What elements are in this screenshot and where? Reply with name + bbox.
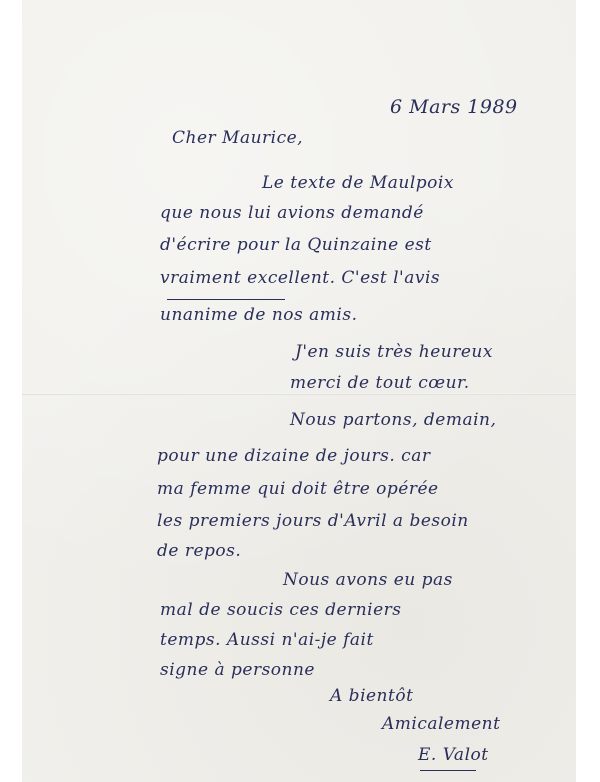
letter-line: mal de soucis ces derniers: [160, 600, 402, 620]
signature-underline: [420, 770, 476, 771]
letter-valediction: Amicalement: [382, 714, 500, 734]
letter-salutation: Cher Maurice,: [172, 128, 303, 148]
letter-line: pour une dizaine de jours. car: [157, 446, 430, 466]
letter-line: merci de tout cœur.: [290, 373, 470, 393]
paper-fold: [22, 393, 576, 395]
letter-date: 6 Mars 1989: [390, 96, 518, 118]
letter-line: de repos.: [157, 541, 241, 561]
letter-line: ma femme qui doit être opérée: [157, 479, 439, 499]
letter-line: temps. Aussi n'ai-je fait: [160, 630, 374, 650]
letter-signature: E. Valot: [418, 745, 489, 765]
letter-line: vraiment excellent. C'est l'avis: [160, 268, 440, 288]
underline-vraiment: [167, 299, 285, 300]
letter-line: J'en suis très heureux: [295, 342, 493, 362]
letter-line: les premiers jours d'Avril a besoin: [157, 511, 469, 531]
letter-line: que nous lui avions demandé: [160, 203, 424, 223]
letter-line: Nous avons eu pas: [283, 570, 453, 590]
letter-closing: A bientôt: [330, 686, 413, 706]
letter-line: signe à personne: [160, 660, 315, 680]
letter-line: d'écrire pour la Quinzaine est: [160, 235, 432, 255]
letter-line: unanime de nos amis.: [160, 305, 357, 325]
letter-line: Le texte de Maulpoix: [262, 173, 454, 193]
letter-line: Nous partons, demain,: [290, 410, 496, 430]
